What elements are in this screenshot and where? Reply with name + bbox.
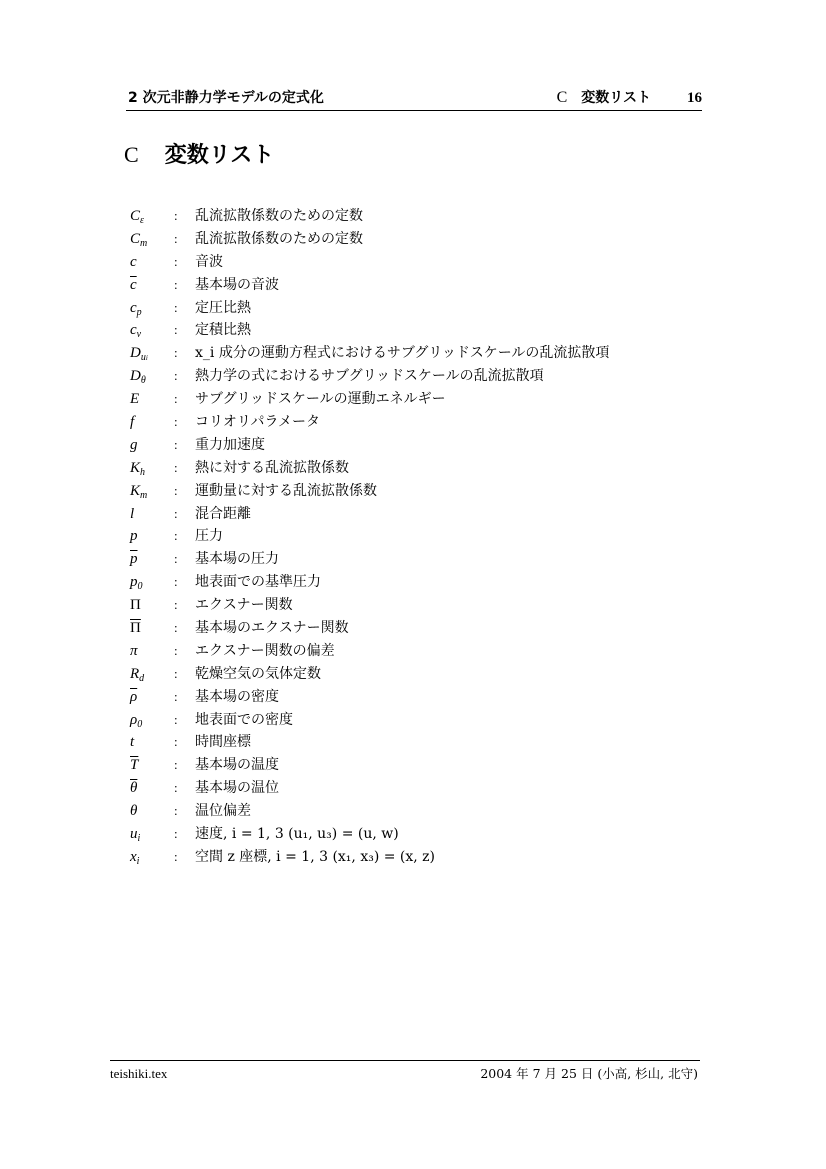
variable-symbol: ui	[130, 823, 140, 846]
variable-symbol: Kh	[130, 457, 145, 480]
footer-date-authors: 2004 年 7 月 25 日 (小高, 杉山, 北守)	[480, 1065, 698, 1083]
variable-symbol: θ	[130, 777, 137, 800]
variable-description: 音波	[195, 251, 223, 274]
separator-colon: :	[174, 754, 178, 777]
variable-row: π:エクスナー関数の偏差	[130, 640, 710, 663]
variable-row: Π:エクスナー関数	[130, 594, 710, 617]
variable-row: Kh:熱に対する乱流拡散係数	[130, 457, 710, 480]
variable-row: cp:定圧比熱	[130, 297, 710, 320]
separator-colon: :	[174, 777, 178, 800]
variable-symbol: c	[130, 251, 137, 274]
header-page-number: 16	[687, 90, 702, 106]
separator-colon: :	[174, 731, 178, 754]
separator-colon: :	[174, 457, 178, 480]
variable-row: cv:定積比熱	[130, 319, 710, 342]
variable-description: 圧力	[195, 525, 223, 548]
variable-row: Dθ:熱力学の式におけるサブグリッドスケールの乱流拡散項	[130, 365, 710, 388]
separator-colon: :	[174, 388, 178, 411]
variable-description: 地表面での基準圧力	[195, 571, 321, 594]
separator-colon: :	[174, 846, 178, 869]
variable-row: c:音波	[130, 251, 710, 274]
variable-row: p0:地表面での基準圧力	[130, 571, 710, 594]
variable-description: エクスナー関数の偏差	[195, 640, 335, 663]
variable-description: 乾燥空気の気体定数	[195, 663, 321, 686]
separator-colon: :	[174, 823, 178, 846]
variable-description: 時間座標	[195, 731, 251, 754]
variable-description: x_i 成分の運動方程式におけるサブグリッドスケールの乱流拡散項	[195, 342, 609, 365]
separator-colon: :	[174, 686, 178, 709]
variable-symbol: Π	[130, 617, 141, 640]
variable-row: Km:運動量に対する乱流拡散係数	[130, 480, 710, 503]
separator-colon: :	[174, 342, 178, 365]
variable-symbol: c	[130, 274, 137, 297]
variable-description: エクスナー関数	[195, 594, 293, 617]
variable-symbol: cp	[130, 297, 142, 320]
variable-row: θ:温位偏差	[130, 800, 710, 823]
separator-colon: :	[174, 297, 178, 320]
variable-symbol: Dθ	[130, 365, 146, 388]
variable-row: l:混合距離	[130, 503, 710, 526]
section-heading: C変数リスト	[124, 140, 274, 171]
variable-symbol: t	[130, 731, 134, 754]
separator-colon: :	[174, 251, 178, 274]
variable-symbol: l	[130, 503, 134, 526]
header-rule	[126, 110, 702, 111]
variable-row: ui:速度, i = 1, 3 (u₁, u₃) = (u, w)	[130, 823, 710, 846]
variable-description: 基本場の温度	[195, 754, 279, 777]
variable-symbol: E	[130, 388, 139, 411]
variable-row: xi:空間 z 座標, i = 1, 3 (x₁, x₃) = (x, z)	[130, 846, 710, 869]
separator-colon: :	[174, 548, 178, 571]
document-page: 2 次元非静力学モデルの定式化 C変数リスト16 C変数リスト Cε:乱流拡散係…	[0, 0, 826, 1169]
variable-description: 空間 z 座標, i = 1, 3 (x₁, x₃) = (x, z)	[195, 846, 435, 869]
variable-description: 運動量に対する乱流拡散係数	[195, 480, 377, 503]
footer-rule	[110, 1060, 700, 1061]
variable-symbol: xi	[130, 846, 139, 869]
separator-colon: :	[174, 411, 178, 434]
variable-description: 基本場の温位	[195, 777, 279, 800]
variable-row: p:圧力	[130, 525, 710, 548]
variable-description: 基本場の音波	[195, 274, 279, 297]
variable-row: E:サブグリッドスケールの運動エネルギー	[130, 388, 710, 411]
separator-colon: :	[174, 205, 178, 228]
variable-description: 定積比熱	[195, 319, 251, 342]
variable-row: T:基本場の温度	[130, 754, 710, 777]
separator-colon: :	[174, 365, 178, 388]
variable-description: 重力加速度	[195, 434, 265, 457]
variable-description: 定圧比熱	[195, 297, 251, 320]
variable-symbol: p0	[130, 571, 143, 594]
variable-symbol: cv	[130, 319, 141, 342]
variable-description: 混合距離	[195, 503, 251, 526]
separator-colon: :	[174, 617, 178, 640]
variable-symbol: T	[130, 754, 138, 777]
variable-symbol: p	[130, 548, 138, 571]
separator-colon: :	[174, 319, 178, 342]
variable-row: t:時間座標	[130, 731, 710, 754]
variable-list: Cε:乱流拡散係数のための定数Cm:乱流拡散係数のための定数c:音波c:基本場の…	[130, 205, 710, 869]
separator-colon: :	[174, 640, 178, 663]
variable-symbol: Cε	[130, 205, 144, 228]
variable-description: 地表面での密度	[195, 709, 293, 732]
variable-symbol: Π	[130, 594, 141, 617]
variable-symbol: g	[130, 434, 138, 457]
header-chapter-title: 2 次元非静力学モデルの定式化	[128, 88, 324, 108]
variable-row: f:コリオリパラメータ	[130, 411, 710, 434]
variable-description: 熱に対する乱流拡散係数	[195, 457, 349, 480]
variable-row: Rd:乾燥空気の気体定数	[130, 663, 710, 686]
variable-description: 基本場のエクスナー関数	[195, 617, 349, 640]
variable-symbol: Dui	[130, 342, 148, 365]
separator-colon: :	[174, 434, 178, 457]
section-number: C	[124, 142, 139, 167]
variable-symbol: π	[130, 640, 138, 663]
separator-colon: :	[174, 594, 178, 617]
variable-row: p:基本場の圧力	[130, 548, 710, 571]
separator-colon: :	[174, 800, 178, 823]
variable-row: θ:基本場の温位	[130, 777, 710, 800]
separator-colon: :	[174, 663, 178, 686]
variable-symbol: Km	[130, 480, 147, 503]
separator-colon: :	[174, 480, 178, 503]
variable-symbol: p	[130, 525, 138, 548]
separator-colon: :	[174, 525, 178, 548]
variable-row: c:基本場の音波	[130, 274, 710, 297]
variable-symbol: ρ0	[130, 709, 142, 732]
header-section: C変数リスト16	[557, 88, 702, 108]
separator-colon: :	[174, 274, 178, 297]
variable-row: ρ0:地表面での密度	[130, 709, 710, 732]
variable-row: Dui:x_i 成分の運動方程式におけるサブグリッドスケールの乱流拡散項	[130, 342, 710, 365]
separator-colon: :	[174, 228, 178, 251]
variable-description: 基本場の密度	[195, 686, 279, 709]
variable-description: 速度, i = 1, 3 (u₁, u₃) = (u, w)	[195, 823, 399, 846]
separator-colon: :	[174, 571, 178, 594]
separator-colon: :	[174, 709, 178, 732]
variable-description: コリオリパラメータ	[195, 411, 320, 434]
variable-description: 温位偏差	[195, 800, 251, 823]
header-section-title: 変数リスト	[581, 90, 651, 106]
separator-colon: :	[174, 503, 178, 526]
variable-symbol: f	[130, 411, 134, 434]
footer-filename: teishiki.tex	[110, 1065, 167, 1083]
variable-description: 乱流拡散係数のための定数	[195, 205, 363, 228]
variable-row: Cm:乱流拡散係数のための定数	[130, 228, 710, 251]
variable-description: 基本場の圧力	[195, 548, 279, 571]
section-title: 変数リスト	[165, 143, 275, 168]
variable-description: サブグリッドスケールの運動エネルギー	[195, 388, 446, 411]
variable-description: 乱流拡散係数のための定数	[195, 228, 363, 251]
variable-symbol: Rd	[130, 663, 144, 686]
variable-description: 熱力学の式におけるサブグリッドスケールの乱流拡散項	[195, 365, 544, 388]
variable-row: ρ:基本場の密度	[130, 686, 710, 709]
variable-row: g:重力加速度	[130, 434, 710, 457]
variable-symbol: ρ	[130, 686, 137, 709]
variable-symbol: θ	[130, 800, 137, 823]
variable-symbol: Cm	[130, 228, 147, 251]
header-section-number: C	[557, 89, 568, 106]
running-header: 2 次元非静力学モデルの定式化 C変数リスト16	[126, 88, 702, 110]
variable-row: Cε:乱流拡散係数のための定数	[130, 205, 710, 228]
variable-row: Π:基本場のエクスナー関数	[130, 617, 710, 640]
